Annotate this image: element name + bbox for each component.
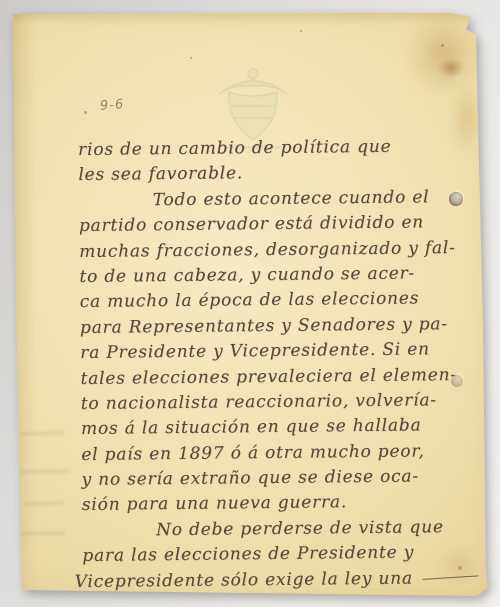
line-text: el país en 1897 ó á otra mucho peor, <box>81 441 424 465</box>
manuscript-line: muchas fracciones, desorganizado y fal- <box>79 235 475 265</box>
line-text: No debe perderse de vista que <box>156 517 444 540</box>
scan-background: 9-6 rios de un cambio de política que le… <box>0 0 500 607</box>
line-text: Vicepresidente sólo exige la ley una <box>75 568 413 592</box>
manuscript-line: y no sería extraño que se diese oca- <box>81 464 477 494</box>
paper-speck <box>190 57 192 59</box>
line-text: ra Presidente y Vicepresidente. Si en <box>80 339 430 363</box>
pencil-annotation: 9-6 <box>100 97 125 114</box>
line-text: rios de un cambio de política que <box>78 137 391 160</box>
manuscript-line: partido conservador está dividido en <box>79 210 475 240</box>
stain <box>438 58 464 78</box>
line-text: Todo esto acontece cuando el <box>153 187 430 210</box>
line-text: muchas fracciones, desorganizado y fal- <box>79 238 456 262</box>
paper-shadow: 9-6 rios de un cambio de política que le… <box>0 0 500 607</box>
line-text: to nacionalista reaccionario, volvería- <box>81 390 437 414</box>
manuscript-page: 9-6 rios de un cambio de política que le… <box>0 0 500 607</box>
manuscript-line: ca mucho la época de las elecciones <box>80 286 476 316</box>
line-text: partido conservador está dividido en <box>79 213 424 237</box>
line-text: mos á la situación en que se hallaba <box>81 416 422 440</box>
line-text: y no sería extraño que se diese oca- <box>81 467 419 491</box>
manuscript-line: Vicepresidente sólo exige la ley una <box>75 565 479 595</box>
line-text: ca mucho la época de las elecciones <box>80 289 420 313</box>
paper-speck <box>441 44 444 47</box>
line-text: to de una cabeza, y cuando se acer- <box>79 263 415 287</box>
manuscript-line: No debe perderse de vista que <box>82 515 478 545</box>
punch-hole-icon <box>449 192 463 206</box>
manuscript-line: mos á la situación en que se hallaba <box>81 413 477 443</box>
line-text: sión para una nueva guerra. <box>82 493 347 516</box>
ink-dash-flourish <box>423 575 479 580</box>
line-text: tales elecciones prevaleciera el elemen- <box>80 365 457 389</box>
line-text: para Representantes y Senadores y pa- <box>80 314 448 338</box>
pencil-dot <box>84 111 87 114</box>
punch-hole-icon <box>451 375 463 387</box>
stain <box>13 13 477 25</box>
manuscript-text: rios de un cambio de política que les se… <box>78 134 479 595</box>
manuscript-line: ra Presidente y Vicepresidente. Si en <box>80 337 476 367</box>
paper-speck <box>300 30 302 32</box>
line-text: para las elecciones de Presidente y <box>82 543 414 566</box>
line-text: les sea favorable. <box>78 164 243 186</box>
